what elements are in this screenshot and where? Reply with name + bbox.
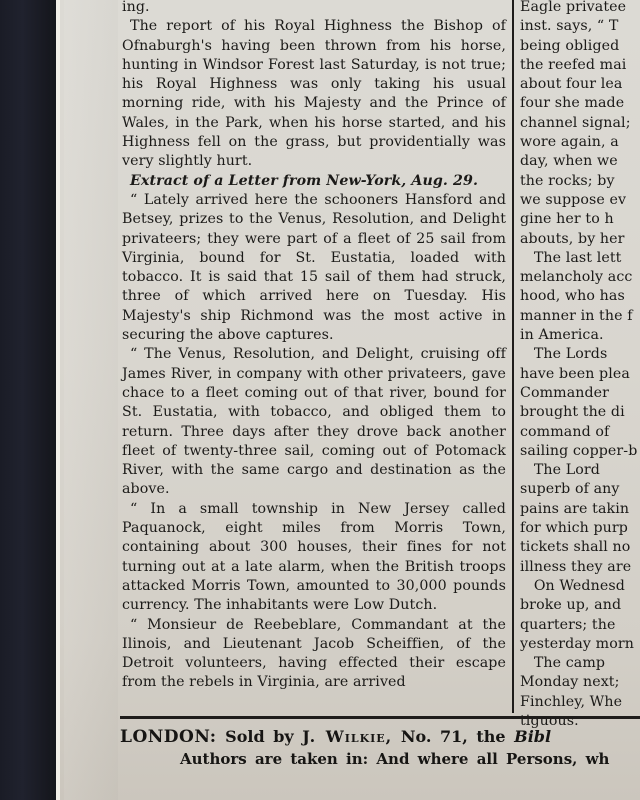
imprint-footer: LONDON: Sold by J. Wilkie, No. 71, the B… (120, 726, 640, 770)
right-line: hood, who has (520, 287, 640, 306)
paragraph-continuation: ing. (122, 0, 506, 17)
paragraph-new-jersey: “ In a small township in New Jersey call… (122, 500, 506, 616)
newspaper-page: ing. The report of his Royal Highness th… (56, 0, 640, 800)
right-line: On Wednesd (520, 577, 640, 596)
letter-heading: Extract of a Letter from New-York, Aug. … (122, 172, 506, 191)
right-line: The Lords (520, 345, 640, 364)
right-line: Eagle privatee (520, 0, 640, 17)
right-line: The last lett (520, 249, 640, 268)
right-line: pains are takin (520, 500, 640, 519)
right-line: four she made (520, 94, 640, 113)
page-margin (64, 0, 118, 800)
right-line: abouts, by her (520, 230, 640, 249)
right-line: yesterday morn (520, 635, 640, 654)
right-line: tickets shall no (520, 538, 640, 557)
paragraph-privateers: “ The Venus, Resolution, and Delight, cr… (122, 345, 506, 499)
column-divider (512, 0, 514, 713)
right-line: we suppose ev (520, 191, 640, 210)
right-line: command of (520, 423, 640, 442)
right-line: Finchley, Whe (520, 693, 640, 712)
right-line: have been plea (520, 365, 640, 384)
right-line: sailing copper-b (520, 442, 640, 461)
right-line: brought the di (520, 403, 640, 422)
right-line: Commander (520, 384, 640, 403)
right-line: quarters; the (520, 616, 640, 635)
paragraph-escape: “ Monsieur de Reebeblare, Commandant at … (122, 616, 506, 693)
right-line: melancholy acc (520, 268, 640, 287)
right-line: in America. (520, 326, 640, 345)
paragraph-bishop-report: The report of his Royal Highness the Bis… (122, 17, 506, 171)
right-line: manner in the f (520, 307, 640, 326)
paragraph-schooners: “ Lately arrived here the schooners Hans… (122, 191, 506, 345)
horizontal-rule (120, 716, 640, 719)
right-line: The Lord (520, 461, 640, 480)
imprint-publisher: J. Wilkie, (302, 727, 392, 746)
right-line: wore again, a (520, 133, 640, 152)
imprint-italic-word: Bibl (514, 727, 551, 746)
right-line: illness they are (520, 558, 640, 577)
right-line: day, when we (520, 152, 640, 171)
right-line: channel signal; (520, 114, 640, 133)
imprint-line-1: LONDON: Sold by J. Wilkie, No. 71, the B… (120, 726, 640, 748)
right-line: The camp (520, 654, 640, 673)
right-line: gine her to h (520, 210, 640, 229)
right-line: the rocks; by (520, 172, 640, 191)
right-line: broke up, and (520, 596, 640, 615)
imprint-address: No. 71, the (401, 727, 506, 746)
right-line: about four lea (520, 75, 640, 94)
right-column: Eagle privatee inst. says, “ T being obl… (520, 0, 640, 731)
imprint-line-2: Authors are taken in: And where all Pers… (120, 748, 640, 770)
imprint-city: LONDON: (120, 727, 217, 747)
right-line: superb of any (520, 480, 640, 499)
right-line: being obliged (520, 37, 640, 56)
right-line: for which purp (520, 519, 640, 538)
dark-background (0, 0, 56, 800)
imprint-sold-by: Sold by (225, 727, 294, 746)
right-line: the reefed mai (520, 56, 640, 75)
right-line: inst. says, “ T (520, 17, 640, 36)
right-line: Monday next; (520, 673, 640, 692)
left-column: ing. The report of his Royal Highness th… (122, 0, 506, 693)
